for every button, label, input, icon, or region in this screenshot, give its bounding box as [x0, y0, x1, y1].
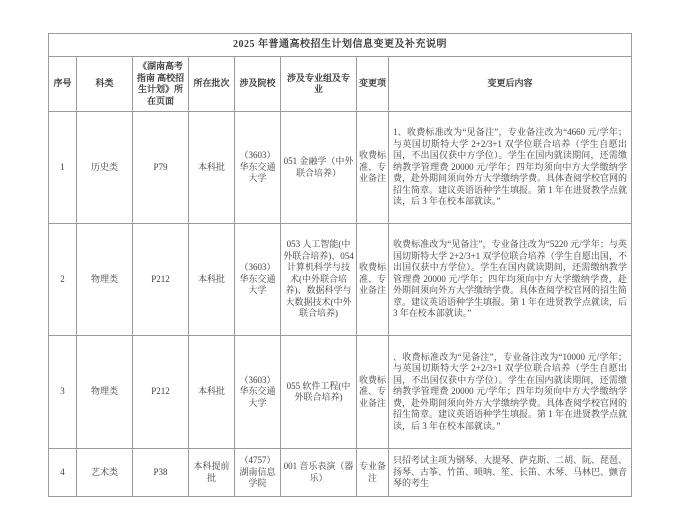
- col-header-seq: 序号: [49, 57, 77, 112]
- cell-category: 物理类: [77, 336, 133, 449]
- cell-change-content: 只招考试主项为钢琴、大提琴、萨克斯、二胡、阮、琵琶、扬琴、古筝、竹笛、唢呐、笙、…: [389, 449, 632, 497]
- cell-page: P212: [133, 336, 189, 449]
- cell-seq: 3: [49, 336, 77, 449]
- cell-college: （3603）华东交通大学: [235, 336, 281, 449]
- document-title: 2025 年普通高校招生计划信息变更及补充说明: [49, 34, 632, 57]
- cell-change-content: 、收费标准改为“见备注”，专业备注改为“10000 元/学年；与英国切斯特大学 …: [389, 336, 632, 449]
- cell-seq: 4: [49, 449, 77, 497]
- cell-college: （3603）华东交通大学: [235, 224, 281, 336]
- cell-college: （4757）湖南信息学院: [235, 449, 281, 497]
- col-header-college: 涉及院校: [235, 57, 281, 112]
- cell-majors: 053 人工智能(中外联合培养)、054 计算机科学与技术(中外联合培养)、数据…: [281, 224, 357, 336]
- cell-batch: 本科批: [189, 224, 235, 336]
- cell-batch: 本科批: [189, 336, 235, 449]
- table-row: 2 物理类 P212 本科批 （3603）华东交通大学 053 人工智能(中外联…: [49, 224, 632, 336]
- cell-majors: 001 音乐表演（器乐）: [281, 449, 357, 497]
- cell-majors: 051 金融学（中外联合培养）: [281, 112, 357, 224]
- table-header-row: 序号 科类 《湖南高考指南 高校招生计划》所在页面 所在批次 涉及院校 涉及专业…: [49, 57, 632, 112]
- col-header-change-item: 变更项: [357, 57, 389, 112]
- cell-batch: 本科批: [189, 112, 235, 224]
- cell-change-item: 收费标准、专业备注: [357, 336, 389, 449]
- table-row: 4 艺术类 P38 本科提前批 （4757）湖南信息学院 001 音乐表演（器乐…: [49, 449, 632, 497]
- cell-change-item: 收费标准、专业备注: [357, 112, 389, 224]
- cell-page: P212: [133, 224, 189, 336]
- cell-change-item: 专业备注: [357, 449, 389, 497]
- col-header-batch: 所在批次: [189, 57, 235, 112]
- cell-change-item: 收费标准、专业备注: [357, 224, 389, 336]
- cell-seq: 2: [49, 224, 77, 336]
- cell-category: 艺术类: [77, 449, 133, 497]
- title-row: 2025 年普通高校招生计划信息变更及补充说明: [49, 34, 632, 57]
- col-header-majors: 涉及专业组及专业: [281, 57, 357, 112]
- cell-change-content: 1、收费标准改为“见备注”，专业备注改为“4660 元/学年；与英国切斯特大学 …: [389, 112, 632, 224]
- cell-majors: 055 软件工程(中外联合培养): [281, 336, 357, 449]
- cell-batch: 本科提前批: [189, 449, 235, 497]
- change-notice-table: 2025 年普通高校招生计划信息变更及补充说明 序号 科类 《湖南高考指南 高校…: [48, 33, 632, 497]
- cell-category: 历史类: [77, 112, 133, 224]
- table-row: 3 物理类 P212 本科批 （3603）华东交通大学 055 软件工程(中外联…: [49, 336, 632, 449]
- col-header-page: 《湖南高考指南 高校招生计划》所在页面: [133, 57, 189, 112]
- cell-seq: 1: [49, 112, 77, 224]
- cell-category: 物理类: [77, 224, 133, 336]
- cell-college: （3603）华东交通大学: [235, 112, 281, 224]
- table-row: 1 历史类 P79 本科批 （3603）华东交通大学 051 金融学（中外联合培…: [49, 112, 632, 224]
- col-header-change-content: 变更后内容: [389, 57, 632, 112]
- cell-page: P79: [133, 112, 189, 224]
- col-header-category: 科类: [77, 57, 133, 112]
- cell-change-content: 收费标准改为“见备注”，专业备注改为“5220 元/学年；与英国切斯特大学 2+…: [389, 224, 632, 336]
- cell-page: P38: [133, 449, 189, 497]
